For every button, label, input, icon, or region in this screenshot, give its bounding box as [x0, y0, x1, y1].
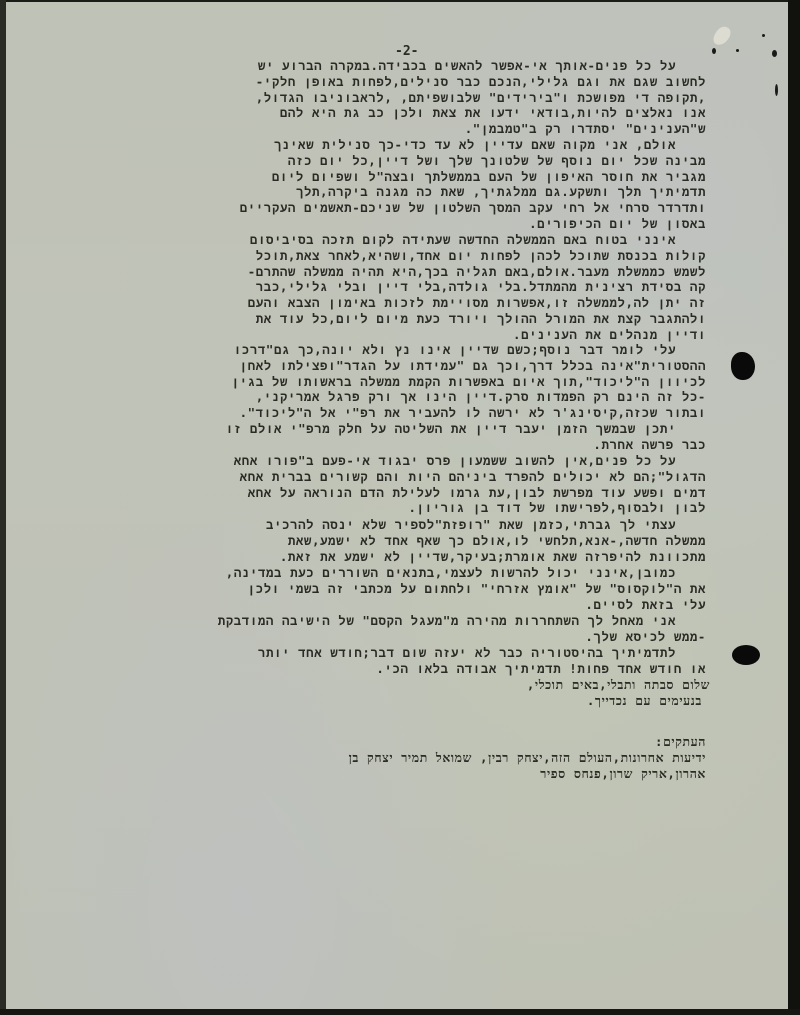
text-line: עלי בזאת לסיים. [110, 597, 706, 613]
ink-speck [762, 34, 765, 37]
text-line: קה בסידת רצינית מהמתדל.בלי גולדה,בלי דיי… [110, 279, 706, 295]
closing-salutation: שלום סבתה ותבלי,באים תוכלי, בנעימים עם נ… [210, 677, 710, 709]
text-line: אינני בטוח באם הממשלה החדשה שעתידה לקום … [110, 232, 706, 248]
text-line: באסון של יום הכיפורים. [110, 216, 706, 232]
page-number: -2- [395, 44, 418, 59]
paragraph-7: כמובן,אינני יכול להרשות לעצמי,בתנאים השו… [110, 565, 706, 612]
text-line: ובתור שכזה,קיסינג'ר לא ירשה לו להעביר את… [110, 405, 706, 421]
text-line: כמובן,אינני יכול להרשות לעצמי,בתנאים השו… [110, 565, 706, 581]
ink-speck [736, 49, 739, 52]
text-line: כבר פרשה אחרת. [110, 437, 706, 453]
punch-hole [731, 352, 755, 380]
text-line: לחשוב שגם את וגם גלילי,הנכם כבר סנילים,ל… [110, 74, 706, 90]
scan-border-bottom [0, 1009, 800, 1015]
text-line: ולהתגבר קצת את המורל ההולך ויורד כעת מיו… [110, 311, 706, 327]
ink-speck [712, 48, 716, 54]
paragraph-2: אולם, אני מקוה שאם עדיין לא עד כדי-כך סנ… [110, 137, 706, 232]
text-line: לבון ולבסוף,לפרישתו של דוד בן גוריון. [110, 500, 706, 516]
closing-line: שלום סבתה ותבלי,באים תוכלי, [210, 677, 710, 693]
text-line: על כל פנים-אותך אי-אפשר להאשים בכבידה.במ… [110, 58, 706, 74]
paragraph-9: לתדמיתיך בהיסטוריה כבר לא יעזה שום דבר;ח… [110, 645, 706, 677]
text-line: ,תקופה די מפושכת ו"בירידים" שלבושפיתם, ,… [110, 90, 706, 106]
text-line: מבינה שכל יום נוסף של שלטונך שלך ושל דיי… [110, 153, 706, 169]
paragraph-4: עלי לומר דבר נוסף;כשם שדיין אינו נץ ולא … [110, 342, 706, 453]
text-line: לכיוון ה"ליכוד",תוך איום באפשרות הקמת ממ… [110, 374, 706, 390]
scan-border-right [788, 0, 800, 1015]
text-line: דמים ופשע עוד מפרשת לבון,עת גרמו לעלילת … [110, 485, 706, 501]
text-line: ממשלה חדשה,-אנא,תלחשי לו,אולם כך שאף אחד… [110, 533, 706, 549]
paragraph-5: על כל פנים,אין להשוב ששמעון פרס יבגוד אי… [110, 453, 706, 516]
text-line: לשמש כממשלת מעבר.אולם,באם תגליה בכך,היא … [110, 264, 706, 280]
text-line: או חודש אחד פחות! תדמיתיך אבודה בלאו הכי… [110, 661, 706, 677]
text-line: -כל זה הינם רק הפמדות סרק.דיין הינו אך ו… [110, 389, 706, 405]
copies-heading: העתקים: [110, 734, 706, 750]
text-line: מתכוונת להיפרזה שאת אומרת;בעיקר,שדיין לא… [110, 549, 706, 565]
text-line: זה יתן לה,לממשלה זו,אפשרות מסויימת לזכות… [110, 295, 706, 311]
scan-border-left [0, 0, 6, 1015]
text-line: עלי לומר דבר נוסף;כשם שדיין אינו נץ ולא … [110, 342, 706, 358]
copies-line: ידיעות אחרונות,העולם הזה,יצחק רבין, שמוא… [110, 750, 706, 766]
text-line: עצתי לך גברתי,כזמן שאת "רופזת"לספיר שלא … [110, 517, 706, 533]
ink-speck [775, 84, 778, 96]
text-line: אני מאחל לך השתחררות מהירה מ"מעגל הקסם" … [110, 613, 706, 629]
text-line: ש"הענינים" יסתדרו רק ב"טמבמן". [110, 121, 706, 137]
text-line: ההסטורית"אינה בכלל דרך,וכך גם "עמידתו על… [110, 358, 706, 374]
copies-line: אהרון,אריק שרון,פנחס ספיר [110, 766, 706, 782]
copies-list: העתקים: ידיעות אחרונות,העולם הזה,יצחק רב… [110, 734, 706, 781]
text-line: -ממש לכיסא שלך. [110, 629, 706, 645]
text-line: ודיין מנהלים את הענינים. [110, 327, 706, 343]
paragraph-6: עצתי לך גברתי,כזמן שאת "רופזת"לספיר שלא … [110, 517, 706, 564]
text-line: מגביר את חוסר האיפון של העם בממשלתך ובצה… [110, 169, 706, 185]
paragraph-3: אינני בטוח באם הממשלה החדשה שעתידה לקום … [110, 232, 706, 343]
paragraph-1: על כל פנים-אותך אי-אפשר להאשים בכבידה.במ… [110, 58, 706, 137]
ink-speck [772, 50, 777, 57]
text-line: יתכן שבמשך הזמן יעבר דיין את השליטה על ח… [110, 421, 706, 437]
text-line: אולם, אני מקוה שאם עדיין לא עד כדי-כך סנ… [110, 137, 706, 153]
closing-line: בנעימים עם נכדייך. [210, 693, 710, 709]
text-line: אנו נאלצים להיות,בודאי ידעו את צאת ולכן … [110, 105, 706, 121]
paragraph-8: אני מאחל לך השתחררות מהירה מ"מעגל הקסם" … [110, 613, 706, 645]
text-line: הדגול";הם לא יכולים להפרד ביניהם היות וה… [110, 469, 706, 485]
text-line: את ה"לוקסוס" של "אומץ אזרחי" ולחתום על מ… [110, 581, 706, 597]
text-line: ותדרדר סרחי אל רחי עקב המסך השלטון של שנ… [110, 200, 706, 216]
text-line: קולות בכנסת שתוכל לכהן לפחות יום אחד,ושה… [110, 248, 706, 264]
punch-hole [732, 645, 760, 665]
text-line: תדמיתיך תלך ותשקע.גם ממלגתיך, שאת כה מגנ… [110, 184, 706, 200]
text-line: לתדמיתיך בהיסטוריה כבר לא יעזה שום דבר;ח… [110, 645, 706, 661]
text-line: על כל פנים,אין להשוב ששמעון פרס יבגוד אי… [110, 453, 706, 469]
